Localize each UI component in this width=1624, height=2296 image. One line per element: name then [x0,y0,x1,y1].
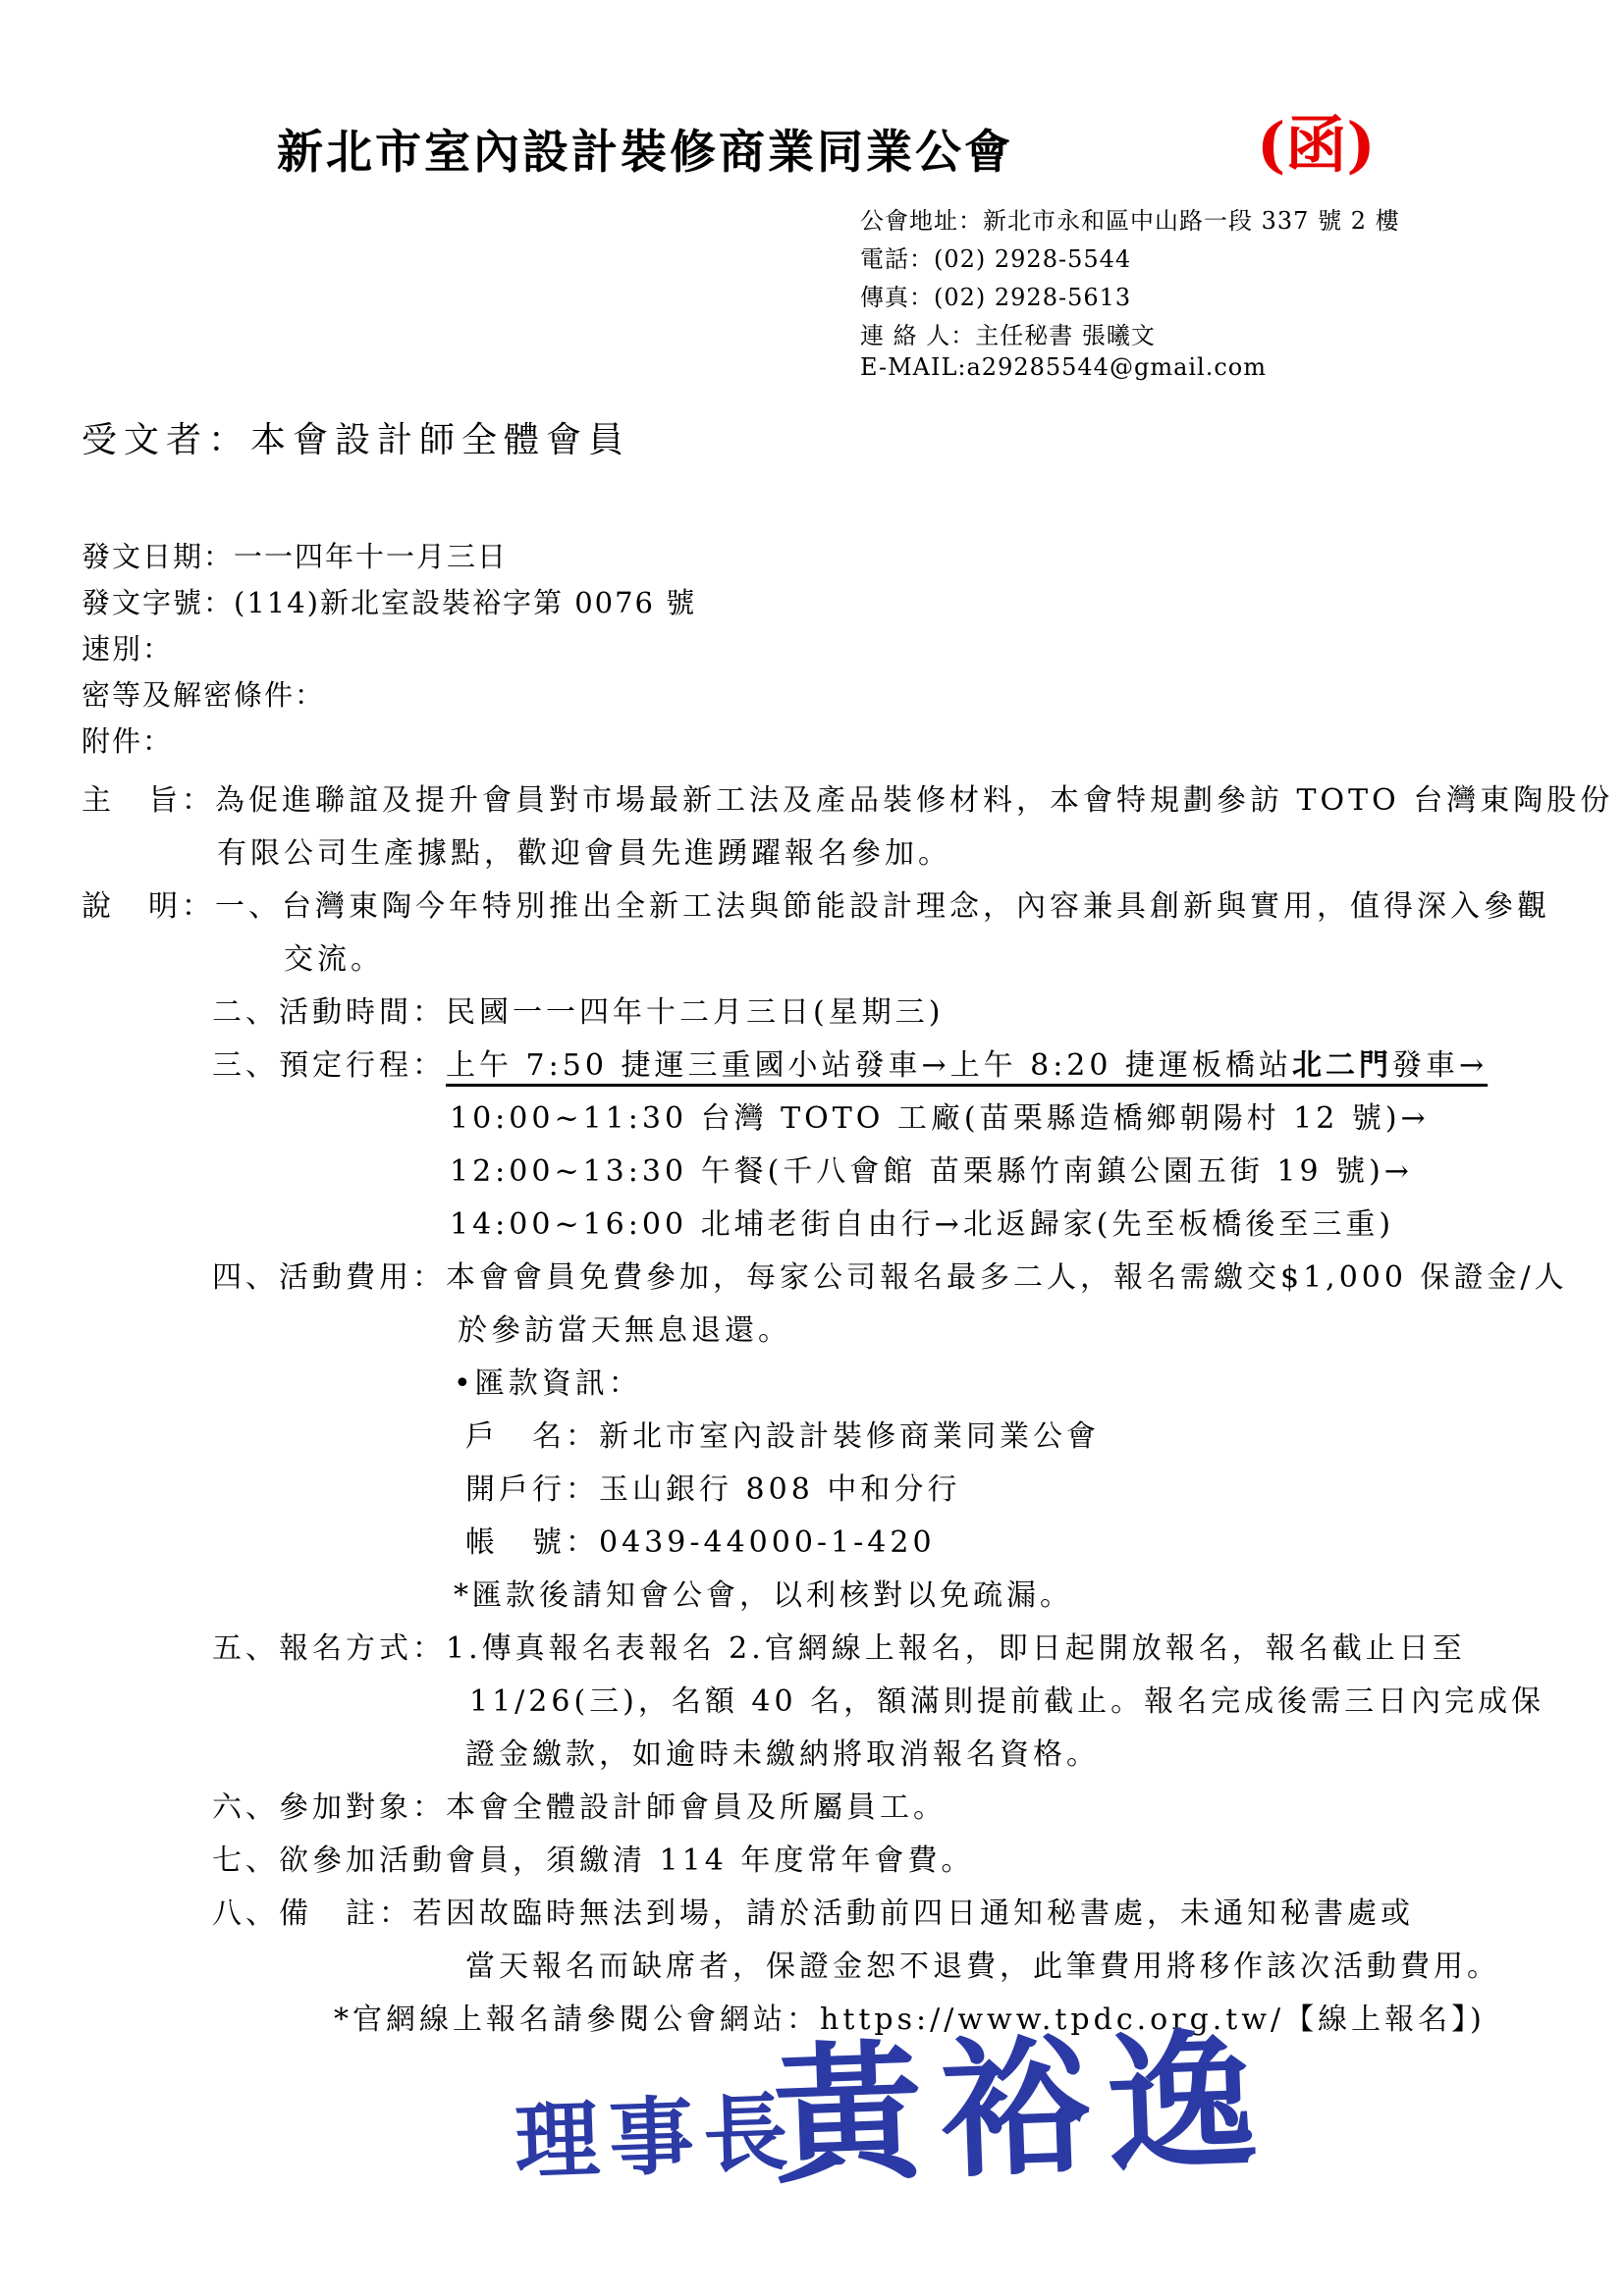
item3-route-part1: 上午 7:50 捷運三重國小站發車→上午 8:20 捷運板橋站 [446,1048,1292,1083]
remittance-account-name: 戶 名：新北市室內設計裝修商業同業公會 [465,1412,1100,1455]
description-item7: 七、欲參加活動會員，須繳清 114 年度常年會費。 [212,1836,974,1879]
contact-fax: 傳真：(02) 2928-5613 [860,278,1131,312]
description-item1-text: 一、台灣東陶今年特別推出全新工法與節能設計理念，內容兼具創新與實用，值得深入參觀 [215,889,1550,924]
description-item6: 六、參加對象：本會全體設計師會員及所屬員工。 [212,1783,947,1826]
description-item8-line-2: 當天報名而缺席者，保證金恕不退費，此筆費用將移作該次活動費用。 [465,1942,1500,1985]
contact-email: E-MAIL:a29285544@gmail.com [860,353,1267,381]
remittance-note: *匯款後請知會公會，以利核對以免疏漏。 [454,1571,1073,1614]
item3-label: 三、預定行程： [212,1048,446,1083]
speed-line: 速別： [81,627,173,667]
contact-address: 公會地址：新北市永和區中山路一段 337 號 2 樓 [860,201,1400,236]
attachment-line: 附件： [81,720,173,760]
description-item3: 三、預定行程：上午 7:50 捷運三重國小站發車→上午 8:20 捷運板橋站北二… [212,1041,1488,1084]
description-item5-line-1: 五、報名方式：1.傳真報名表報名 2.官網線上報名，即日起開放報名，報名截止日至 [212,1624,1466,1667]
description-item4-line-2: 於參訪當天無息退還。 [458,1306,791,1349]
description-line-1: 說 明：一、台灣東陶今年特別推出全新工法與節能設計理念，內容兼具創新與實用，值得… [81,881,1550,925]
doc-type-stamp: (函) [1257,96,1376,184]
recipient-line: 受文者：本會設計師全體會員 [81,412,630,462]
doc-number-line: 發文字號：(114)新北室設裝裕字第 0076 號 [81,581,696,621]
description-item5-line-2: 11/26(三)，名額 40 名，額滿則提前截止。報名完成後需三日內完成保 [469,1677,1544,1720]
remittance-header: •匯款資訊： [454,1359,642,1402]
issue-date-line: 發文日期：一一四年十一月三日 [81,535,508,575]
description-item4-line-1: 四、活動費用：本會會員免費參加，每家公司報名最多二人，報名需繳交$1,000 保… [212,1253,1568,1296]
description-item1-line-2: 交流。 [284,934,384,978]
description-item5-line-3: 證金繳款，如逾時未繳納將取消報名資格。 [465,1730,1100,1773]
subject-line-1: 主 旨：為促進聯誼及提升會員對市場最新工法及產品裝修材料，本會特規劃參訪 TOT… [81,775,1613,819]
item3-route-gate-bold: 北二門 [1292,1048,1392,1083]
schedule-line-3: 14:00~16:00 北埔老街自由行→北返歸家(先至板橋後至三重) [450,1200,1394,1243]
description-item8-line-1: 八、備 註：若因故臨時無法到場，請於活動前四日通知秘書處，未通知秘書處或 [212,1889,1414,1932]
official-letter-page: 新北市室內設計裝修商業同業公會 (函) 公會地址：新北市永和區中山路一段 337… [0,0,1624,2296]
schedule-line-2: 12:00~13:30 午餐(千八會館 苗栗縣竹南鎮公園五街 19 號)→ [450,1147,1413,1190]
association-title: 新北市室內設計裝修商業同業公會 [277,116,1013,182]
contact-phone: 電話：(02) 2928-5544 [860,240,1131,274]
signature-name: 黃裕逸 [770,1981,1277,2213]
signature-role-title: 理事長 [513,2064,799,2196]
item3-route: 上午 7:50 捷運三重國小站發車→上午 8:20 捷運板橋站北二門發車→ [446,1048,1488,1083]
subject-text: 為促進聯誼及提升會員對市場最新工法及產品裝修材料，本會特規劃參訪 TOTO 台灣… [215,783,1613,818]
remittance-account-number: 帳 號：0439-44000-1-420 [465,1518,936,1561]
schedule-line-1: 10:00~11:30 台灣 TOTO 工廠(苗栗縣造橋鄉朝陽村 12 號)→ [450,1094,1430,1137]
item3-route-part2: 發車→ [1392,1048,1488,1083]
description-item2: 二、活動時間：民國一一四年十二月三日(星期三) [212,988,944,1031]
security-line: 密等及解密條件： [81,673,325,714]
description-label: 說 明： [81,889,215,924]
remittance-bank: 開戶行：玉山銀行 808 中和分行 [465,1465,960,1508]
subject-line-2: 有限公司生產據點，歡迎會員先進踴躍報名參加。 [217,828,951,872]
subject-label: 主 旨： [81,783,215,818]
contact-person: 連 絡 人：主任秘書 張曦文 [860,316,1156,350]
